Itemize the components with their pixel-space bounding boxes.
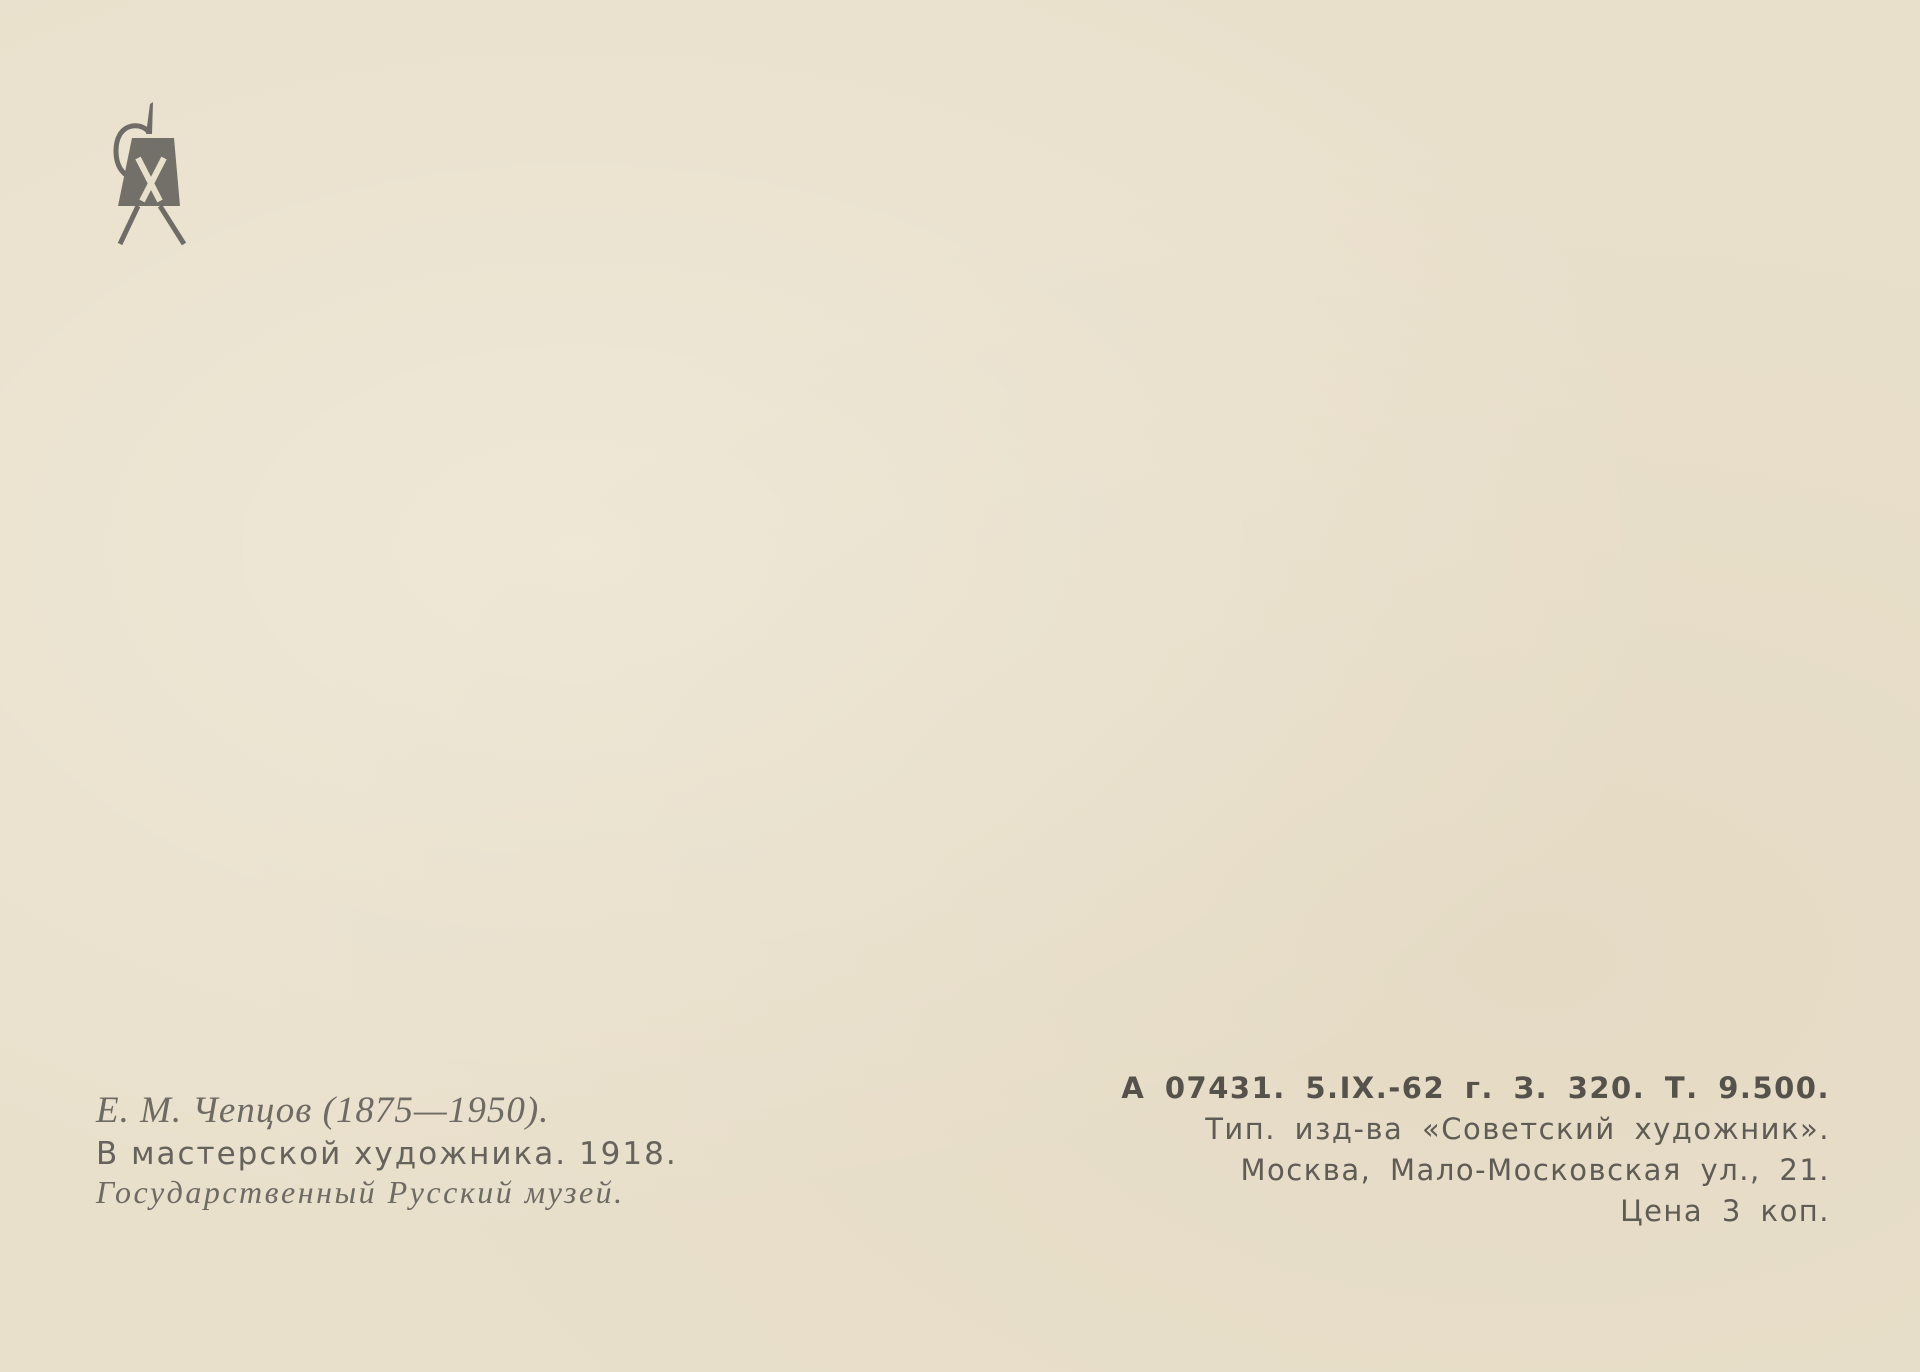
artwork-title: В мастерской художника. 1918. bbox=[96, 1134, 678, 1174]
artwork-caption: Е. М. Чепцов (1875—1950). В мастерской х… bbox=[96, 1088, 678, 1210]
printer-imprint: А 07431. 5.IX.-62 г. З. 320. Т. 9.500. Т… bbox=[1121, 1068, 1830, 1232]
imprint-code: А 07431. 5.IX.-62 г. З. 320. Т. 9.500. bbox=[1121, 1068, 1830, 1109]
imprint-address: Москва, Мало-Московская ул., 21. bbox=[1121, 1150, 1830, 1191]
imprint-price: Цена 3 коп. bbox=[1121, 1191, 1830, 1232]
imprint-publisher: Тип. изд-ва «Советский художник». bbox=[1121, 1109, 1830, 1150]
publisher-easel-logo-icon bbox=[98, 96, 188, 246]
museum-name: Государственный Русский музей. bbox=[96, 1174, 678, 1210]
artist-name: Е. М. Чепцов (1875—1950). bbox=[96, 1088, 678, 1134]
